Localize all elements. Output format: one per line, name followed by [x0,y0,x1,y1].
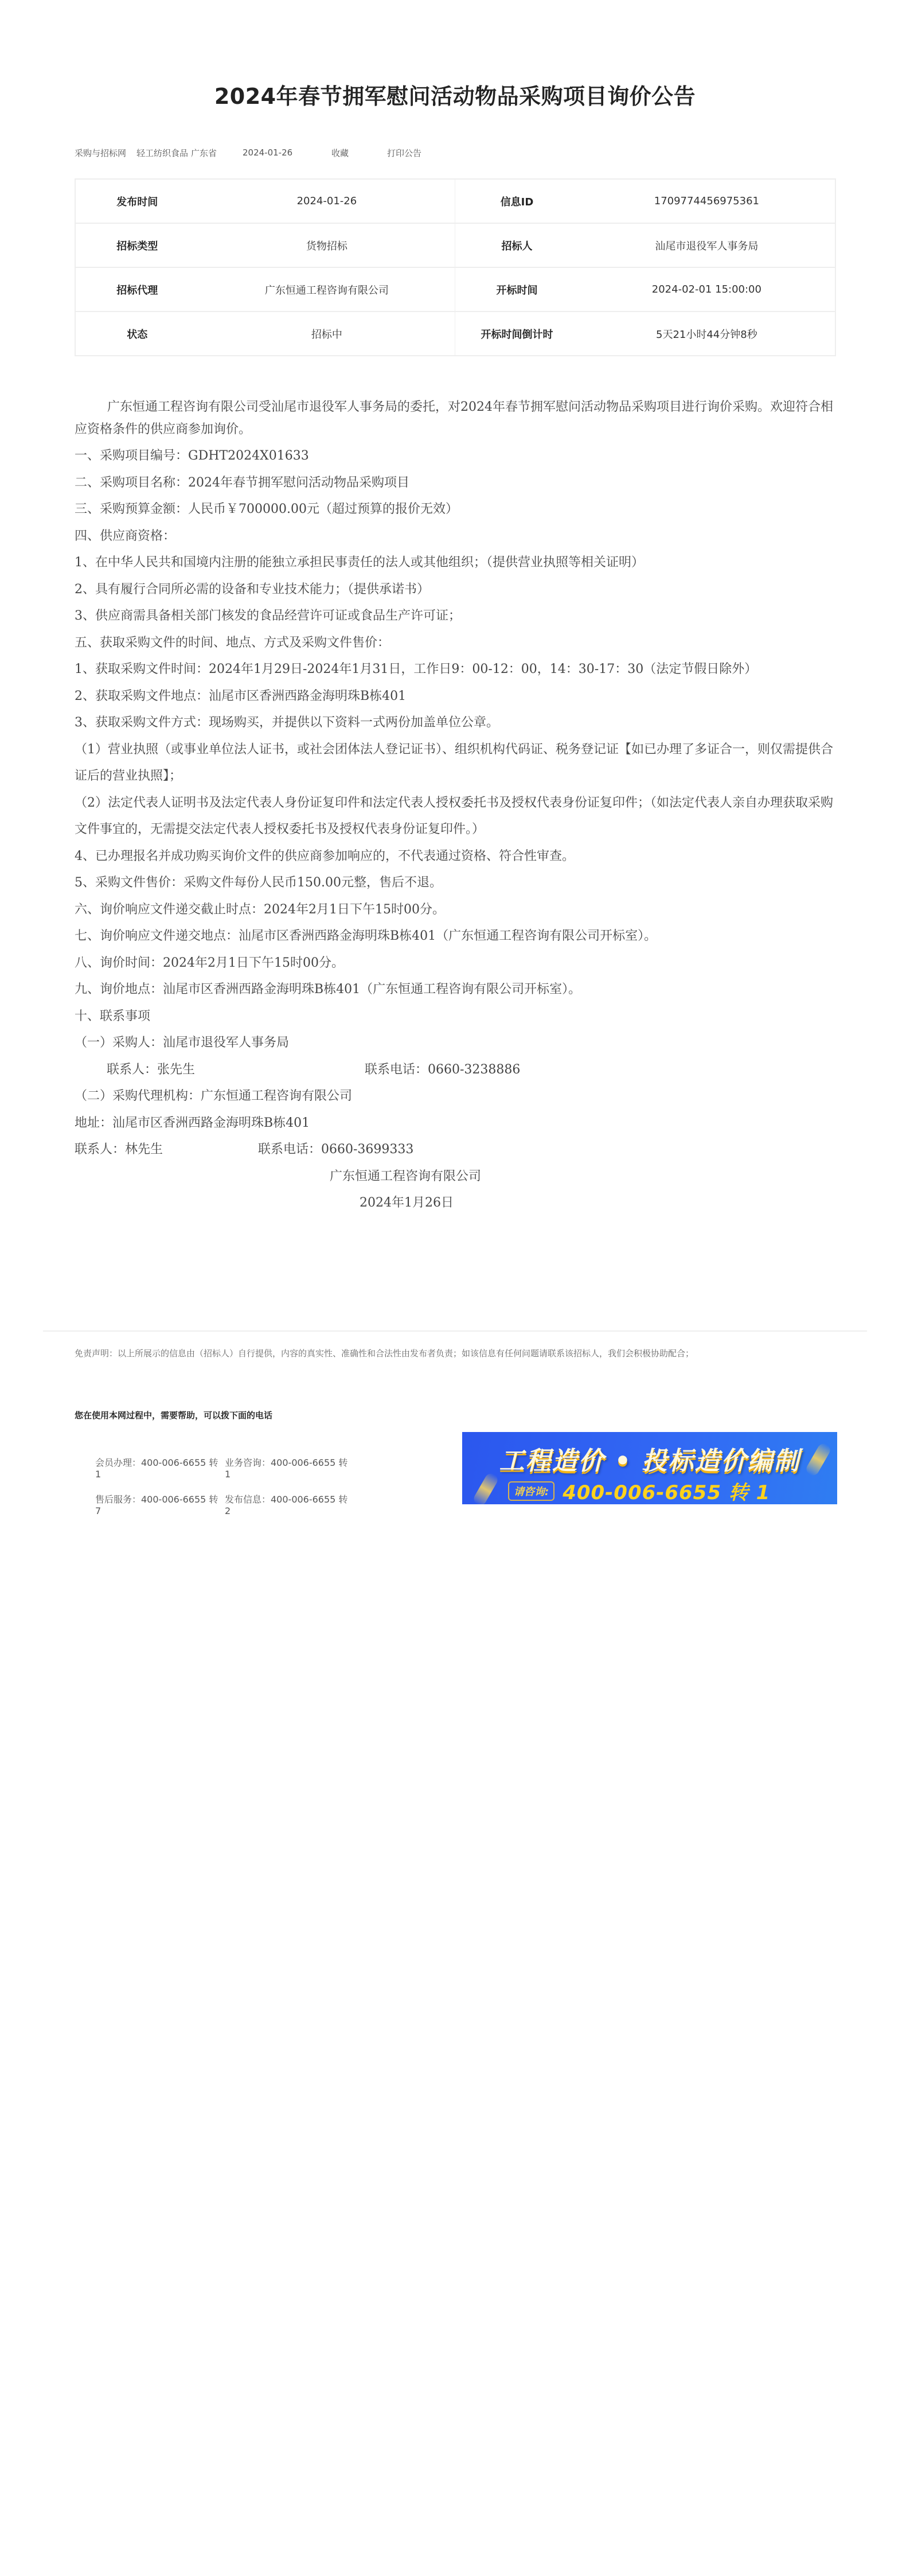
qualification-2: 2、具有履行合同所必需的设备和专业技术能力；（提供承诺书） [75,577,837,604]
document-acquisition-heading: 五、获取采购文件的时间、地点、方式及采购文件售价： [75,630,837,657]
registration-note: 4、已办理报名并成功购买询价文件的供应商参加响应的，不代表通过资格、符合性审查。 [75,843,837,870]
info-row: 招标代理 广东恒通工程咨询有限公司 开标时间 2024-02-01 15:00:… [75,267,835,312]
contact-heading: 十、联系事项 [75,1003,837,1030]
info-label-status: 状态 [75,312,198,356]
purchaser-line: （一）采购人：汕尾市退役军人事务局 [75,1030,837,1057]
info-table: 发布时间 2024-01-26 信息ID 1709774456975361 招标… [75,178,836,356]
budget-amount: 三、采购预算金额：人民币￥700000.00元（超过预算的报价无效） [75,496,837,523]
breadcrumb-date: 2024-01-26 [243,147,331,158]
breadcrumb: 采购与招标网 轻工纺织食品 广东省 2024-01-26 收藏 打印公告 [75,146,421,159]
info-value-tender-type: 货物招标 [198,223,455,267]
info-label-agency: 招标代理 [75,267,198,312]
info-label-opening-time: 开标时间 [455,267,579,312]
supplier-qualification-heading: 四、供应商资格： [75,523,837,550]
banner-title: 工程造价 • 投标造价编制 [462,1440,837,1477]
purchaser-contact-phone: 联系电话：0660-3238886 [365,1057,520,1084]
favorite-button[interactable]: 收藏 [331,147,387,159]
info-value-status: 招标中 [198,312,455,356]
required-document-1: （1）营业执照（或事业单位法人证书，或社会团体法人登记证书）、组织机构代码证、税… [75,737,837,790]
banner-badge: 请咨询: [508,1481,554,1501]
agency-address: 地址：汕尾市区香洲西路金海明珠B栋401 [75,1110,837,1137]
agency-contact-person: 联系人：林先生 [75,1137,258,1164]
intro-paragraph: 广东恒通工程咨询有限公司受汕尾市退役军人事务局的委托，对2024年春节拥军慰问活… [75,396,837,441]
project-name: 二、采购项目名称：2024年春节拥军慰问活动物品采购项目 [75,470,837,497]
info-label-countdown: 开标时间倒计时 [455,312,579,356]
info-value-countdown: 5天21小时44分钟8秒 [579,312,835,356]
phone-business: 业务咨询：400-006-6655 转 1 [225,1456,351,1480]
info-label-info-id: 信息ID [455,179,579,223]
footer-divider [43,1330,867,1332]
purchaser-contact-person: 联系人：张先生 [107,1057,365,1084]
inquiry-location: 九、询价地点：汕尾市区香洲西路金海明珠B栋401（广东恒通工程咨询有限公司开标室… [75,976,837,1003]
purchaser-contact: 联系人：张先生 联系电话：0660-3238886 [75,1057,837,1084]
inquiry-time: 八、询价时间：2024年2月1日下午15时00分。 [75,950,837,977]
info-row: 发布时间 2024-01-26 信息ID 1709774456975361 [75,179,835,223]
info-label-tenderer: 招标人 [455,223,579,267]
phone-membership: 会员办理：400-006-6655 转 1 [95,1456,225,1480]
qualification-3: 3、供应商需具备相关部门核发的食品经营许可证或食品生产许可证； [75,603,837,630]
info-label-publish-time: 发布时间 [75,179,198,223]
info-row: 状态 招标中 开标时间倒计时 5天21小时44分钟8秒 [75,312,835,356]
info-label-tender-type: 招标类型 [75,223,198,267]
acquisition-location: 2、获取采购文件地点：汕尾市区香洲西路金海明珠B栋401 [75,683,837,710]
info-value-publish-time: 2024-01-26 [198,179,455,223]
submission-deadline: 六、询价响应文件递交截止时点：2024年2月1日下午15时00分。 [75,897,837,924]
breadcrumb-region-link[interactable]: 广东省 [191,147,243,159]
info-value-agency: 广东恒通工程咨询有限公司 [198,267,455,312]
banner-contact: 请咨询: 400-006-6655 转 1 [508,1477,770,1504]
signature-company: 广东恒通工程咨询有限公司 [75,1164,837,1190]
print-button[interactable]: 打印公告 [387,147,421,159]
required-document-2: （2）法定代表人证明书及法定代表人身份证复印件和法定代表人授权委托书及授权代表身… [75,790,837,843]
breadcrumb-category-link[interactable]: 轻工纺织食品 [136,147,191,159]
phone-after-sales: 售后服务：400-006-6655 转 7 [95,1492,225,1516]
help-title: 您在使用本网过程中，需要帮助，可以拨下面的电话 [75,1409,272,1421]
agency-contact-phone: 联系电话：0660-3699333 [258,1137,413,1164]
info-value-opening-time: 2024-02-01 15:00:00 [579,267,835,312]
info-value-tenderer: 汕尾市退役军人事务局 [579,223,835,267]
cost-estimation-ad-banner[interactable]: 工程造价 • 投标造价编制 请咨询: 400-006-6655 转 1 [462,1432,837,1504]
disclaimer-text: 免责声明：以上所展示的信息由（招标人）自行提供，内容的真实性、准确性和合法性由发… [75,1347,694,1359]
acquisition-time: 1、获取采购文件时间：2024年1月29日-2024年1月31日，工作日9：00… [75,656,837,683]
qualification-1: 1、在中华人民共和国境内注册的能独立承担民事责任的法人或其他组织；（提供营业执照… [75,550,837,577]
document-price: 5、采购文件售价：采购文件每份人民币150.00元整，售后不退。 [75,870,837,897]
announcement-body: 广东恒通工程咨询有限公司受汕尾市退役军人事务局的委托，对2024年春节拥军慰问活… [75,396,837,1217]
agency-line: （二）采购代理机构：广东恒通工程咨询有限公司 [75,1083,837,1110]
page-title: 2024年春节拥军慰问活动物品采购项目询价公告 [0,79,910,110]
project-number: 一、采购项目编号：GDHT2024X01633 [75,443,837,470]
info-value-info-id: 1709774456975361 [579,179,835,223]
breadcrumb-site-link[interactable]: 采购与招标网 [75,147,136,159]
phone-publish: 发布信息：400-006-6655 转 2 [225,1492,351,1516]
help-phone-list: 会员办理：400-006-6655 转 1 业务咨询：400-006-6655 … [95,1456,351,1516]
signature-date: 2024年1月26日 [75,1190,837,1217]
banner-phone: 400-006-6655 转 1 [563,1477,770,1504]
submission-location: 七、询价响应文件递交地点：汕尾市区香洲西路金海明珠B栋401（广东恒通工程咨询有… [75,923,837,950]
info-row: 招标类型 货物招标 招标人 汕尾市退役军人事务局 [75,223,835,267]
agency-contact: 联系人：林先生 联系电话：0660-3699333 [75,1137,837,1164]
acquisition-method: 3、获取采购文件方式：现场购买，并提供以下资料一式两份加盖单位公章。 [75,710,837,737]
